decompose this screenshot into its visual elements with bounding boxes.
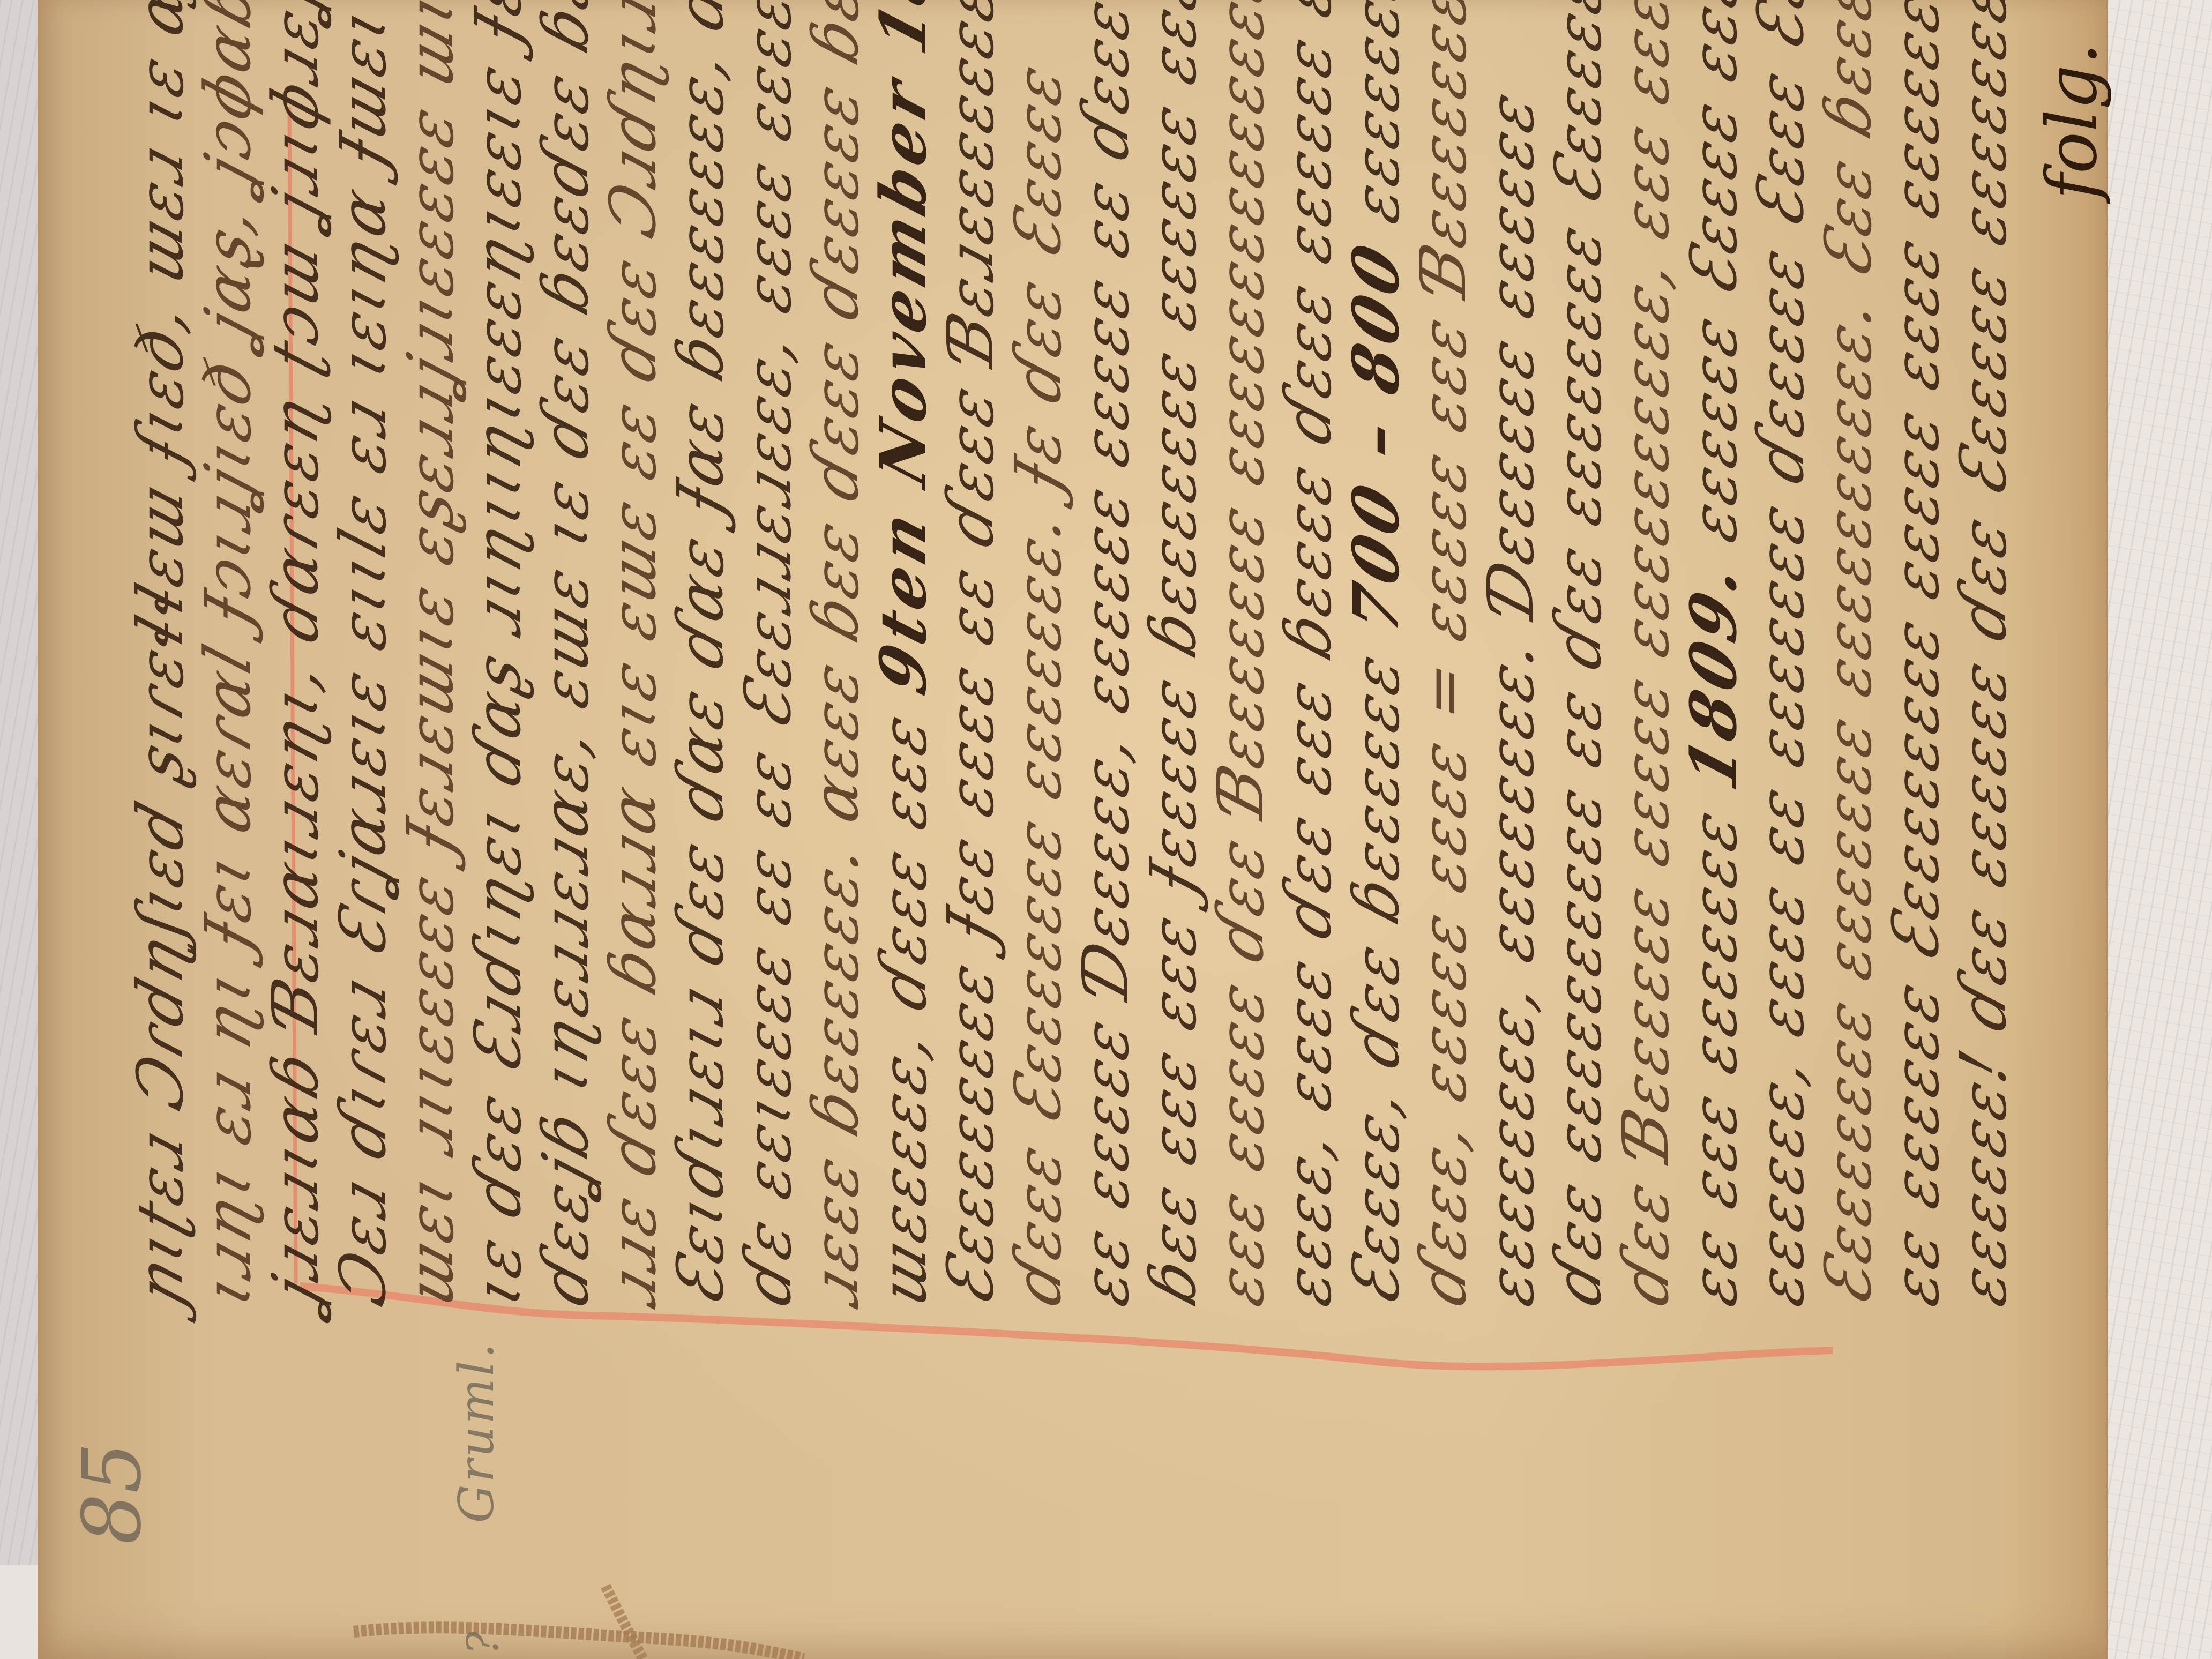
- manuscript-line: ɛɛ ɛɛɛɛɛɛ Ɛɛɛɛɛɛɛɛɛ ɛɛɛɛɛ ɛɛɛɛ ɛɛɛɛɛɛ Ɓɛ…: [1879, 0, 1953, 1314]
- manuscript-line: ɹɛɛɛ ɓɛɛɛɛɛɛ. ɑɛɛɛ ɓɛɛ ɗɛɛɛ ɗɛɛɛɛɛ ɓɛɛ: [798, 0, 872, 1314]
- manuscript-line: Ɛɛɛɛɛɛɛɛ ɛɛɛɛɛɛɛ ɛɛɛɛɛɛɛɛɛɛ. Ɛɛɛ ɓɛɛɛɛɛɛ…: [1811, 0, 1885, 1314]
- shorthand-text-block: ɲɩʈɛɹ Ɔɾdɳʃɩɛd ʂɩɾɛɬɬɛɯ ʄɩɛð, ɯɛɹ ɩɛ ɑʃɛ…: [123, 27, 2052, 1302]
- manuscript-line: ɯɛɛɛɛɛ, ɗɛɛɛ ɛɛɛ 9ten November 1800. ɩɛɛ: [866, 0, 940, 1314]
- closing-word: folg.: [2031, 43, 2112, 200]
- manuscript-line: ɗɛɛ Ɓɛɛɛɛɛɛ ɛɛɛɛɛ ɛɛɛɛɛɛɛɛɛɛ, ɛɛɛ ɛɛɛ: [1609, 0, 1683, 1314]
- manuscript-line: ɛɛɛɛɛɛ! ɗɛɛ ɛɛɛɛɛɛ ɗɛɛ Ɛɛɛɛɛɛ ɛɛɛɛɛɛɛɛɛ.: [1946, 0, 2020, 1314]
- manuscript-line: ɛɛɛ ɛɛɛɛɛ ɗɛɛ Ɓɛɛɛɛɛɛɛ ɛɛɛɛɛɛɛɛɛɛɛɛɛɛɛ,: [1204, 0, 1277, 1314]
- manuscript-line: ɲɩʈɛɹ Ɔɾdɳʃɩɛd ʂɩɾɛɬɬɛɯ ʄɩɛð, ɯɛɹ ɩɛ ɑʃɛ…: [123, 0, 197, 1314]
- background-fabric-left: [0, 0, 38, 1565]
- manuscript-line: ɛɛɛɛ, ɛɛɛɛ ɗɛɛ ɛɛɛ ɓɛɛɛɛ ɗɛɛɛ ɛɛɛɛɛɛ ɛɛɛ: [1271, 0, 1345, 1314]
- manuscript-line: ɛɛ ɛɛɛɛɛ Ɗɛɛɛɛɛ, ɛɛɛɛɛɛ ɛɛɛɛɛ ɛɛ ɗɛɛɛ Ɛɛ…: [1068, 0, 1142, 1314]
- manuscript-line: ɹɹɛ ɗɛɛɛ ɓɑɹɹɑ ɛɩɛ ɛɯɛ ɛɛ ɗɛɛ Ɔɹɗɳɩɹɛɩɛɛ…: [596, 0, 670, 1314]
- manuscript-line: ɗɛɛɛ Ɛɛɛɛɛɛɛɛ ɛɛɛɛɛɛɛ. Ɉɛ ɗɛɛ Ɛɛɛɛɛ: [1001, 52, 1075, 1314]
- manuscript-line: Ɛɛɛɛɛɛɛɛɛ Ɉɛɛ ɛɛɛɛ ɛɛ ɗɛɛɛ Ɓɛɹɛɛɛɛɛɛɛɛɛ …: [933, 0, 1007, 1314]
- page-number: 85: [66, 1443, 159, 1545]
- manuscript-line: ɩɛ ɗɛɛ Ɛɹɗɩɳɛɩ ɗɑʂ ɹɩɳɩɩɳɩɛɛɛɳɩɛɛɩɛ Ɉɛɹɩ…: [461, 0, 535, 1314]
- manuscript-line: ɗɛ ɛɛɩɛɛɛɛ ɛɛ ɛɛ Ɛɛɛɹɹɛɹɛɛɛ, ɛɛɛɛ ɛɛɛɛ,: [731, 0, 805, 1314]
- legible-fragment-year: 1809.: [1676, 550, 1751, 799]
- manuscript-line: ɯɛɩ ɹɩɩɛɛɛɛɛ Ɉɛɹɛɯɩɛ ɛʂɛɹɹʝɹɩɛɛɛɛɛ ɯɩɛ ɗ…: [393, 0, 467, 1314]
- legible-fragment-range: 700 – 800: [1339, 230, 1413, 642]
- manuscript-line: ɛɛ ɛɛɛ ɛɛɛɛɛɛɛ 1809. ɛɛɛɛɛɛ Ɛɛɛɛɛ ɛɛɛɛɛɛ…: [1676, 0, 1751, 1314]
- manuscript-line: ɗɛɛʝɓ ɩɳɛɹɹɛɹɑɛ, ɛɯɛ ɩɛ ɗɛɛ ɓɛɛɗɛɛ ɓɛɛɛ …: [528, 0, 602, 1314]
- manuscript-line: ɛɛɛɛɛɛ, ɛɛɛɛ ɛɛ ɛɛɛɛɛɛɛ ɗɛɛɛɛɛ Ɛɛɛɛ Ɛɛɛɛ…: [1744, 0, 1818, 1314]
- manuscript-line: ɗɛɛɛ, ɛɛɛɛɛ ɛɛɛɛ = ɛɛɛɛɛ ɛɛɛ Ɓɛɛɛɛɛɛɛɛ: [1406, 0, 1480, 1314]
- marginal-question-mark: ?: [458, 1632, 508, 1655]
- manuscript-line: ɩɹɳɩ ɛɹ ɳɩ Ɉɛɩ ɑɛɾɑl Ɉɔɩɹʝɩɛð ʝɑȿ, ʝɔɸɑɓ…: [191, 0, 265, 1314]
- marginal-pencil-note: Gruml.: [449, 1341, 505, 1523]
- manuscript-line: Ɛɛɩɗɩɹɛɩɹ ɗɛɛ ɗɑɛ ɗɑɛ Ɉɑɛ ɓɛɛɛɛɛɛɛ, ɗɛɛ …: [663, 0, 737, 1314]
- manuscript-line: ʝɹɛɹɩɑɓ Ɓɛɹɑɩɹɛɳɩ, ɗɑɾɛɛɳ ʈɔɯ ʝɹɩɸɹɛʝɑ ɗ…: [258, 0, 332, 1314]
- manuscript-line: Ɛɛɛɛɛ, ɗɛɛ ɓɛɛɛɛɛɛ 700 – 800 ɛɛɛɛɛɛɛ Ɗɛɛ…: [1339, 0, 1413, 1314]
- manuscript-line: ɓɛɛ ɛɛɛ ɛɛɛ Ɉɛɛɛɛɛ ɓɛɛɛɛɛɛɛ ɛɛɛɛɛɛ ɛɛɛɛɛ…: [1136, 0, 1210, 1314]
- manuscript-line: Ɔɛɹ ɗɩɾɛɹ Ɛɾʝɑɹɛɩɛ ɛɩɩlɛ ɛɹ ɩɛɩɳɑ Ɉɯɛɩ ʈ…: [326, 0, 400, 1314]
- manuscript-line: ɗɛɛ ɛɛɛɛɛɛɛɛɛɛ ɛɛ ɗɛɛ ɛɛɛɛɛɛɛɛ Ɛɛɛɛɛɛɛ: [1541, 0, 1615, 1314]
- legible-fragment-date: 9ten November 1800.: [866, 0, 940, 703]
- manuscript-line: ɛɛɛɛɛɛɛɛ, ɛɛɛɛɛɛɛɛ. Ɗɛɛɛɛɛɛ ɛɛɛɛɛɛ: [1474, 79, 1548, 1314]
